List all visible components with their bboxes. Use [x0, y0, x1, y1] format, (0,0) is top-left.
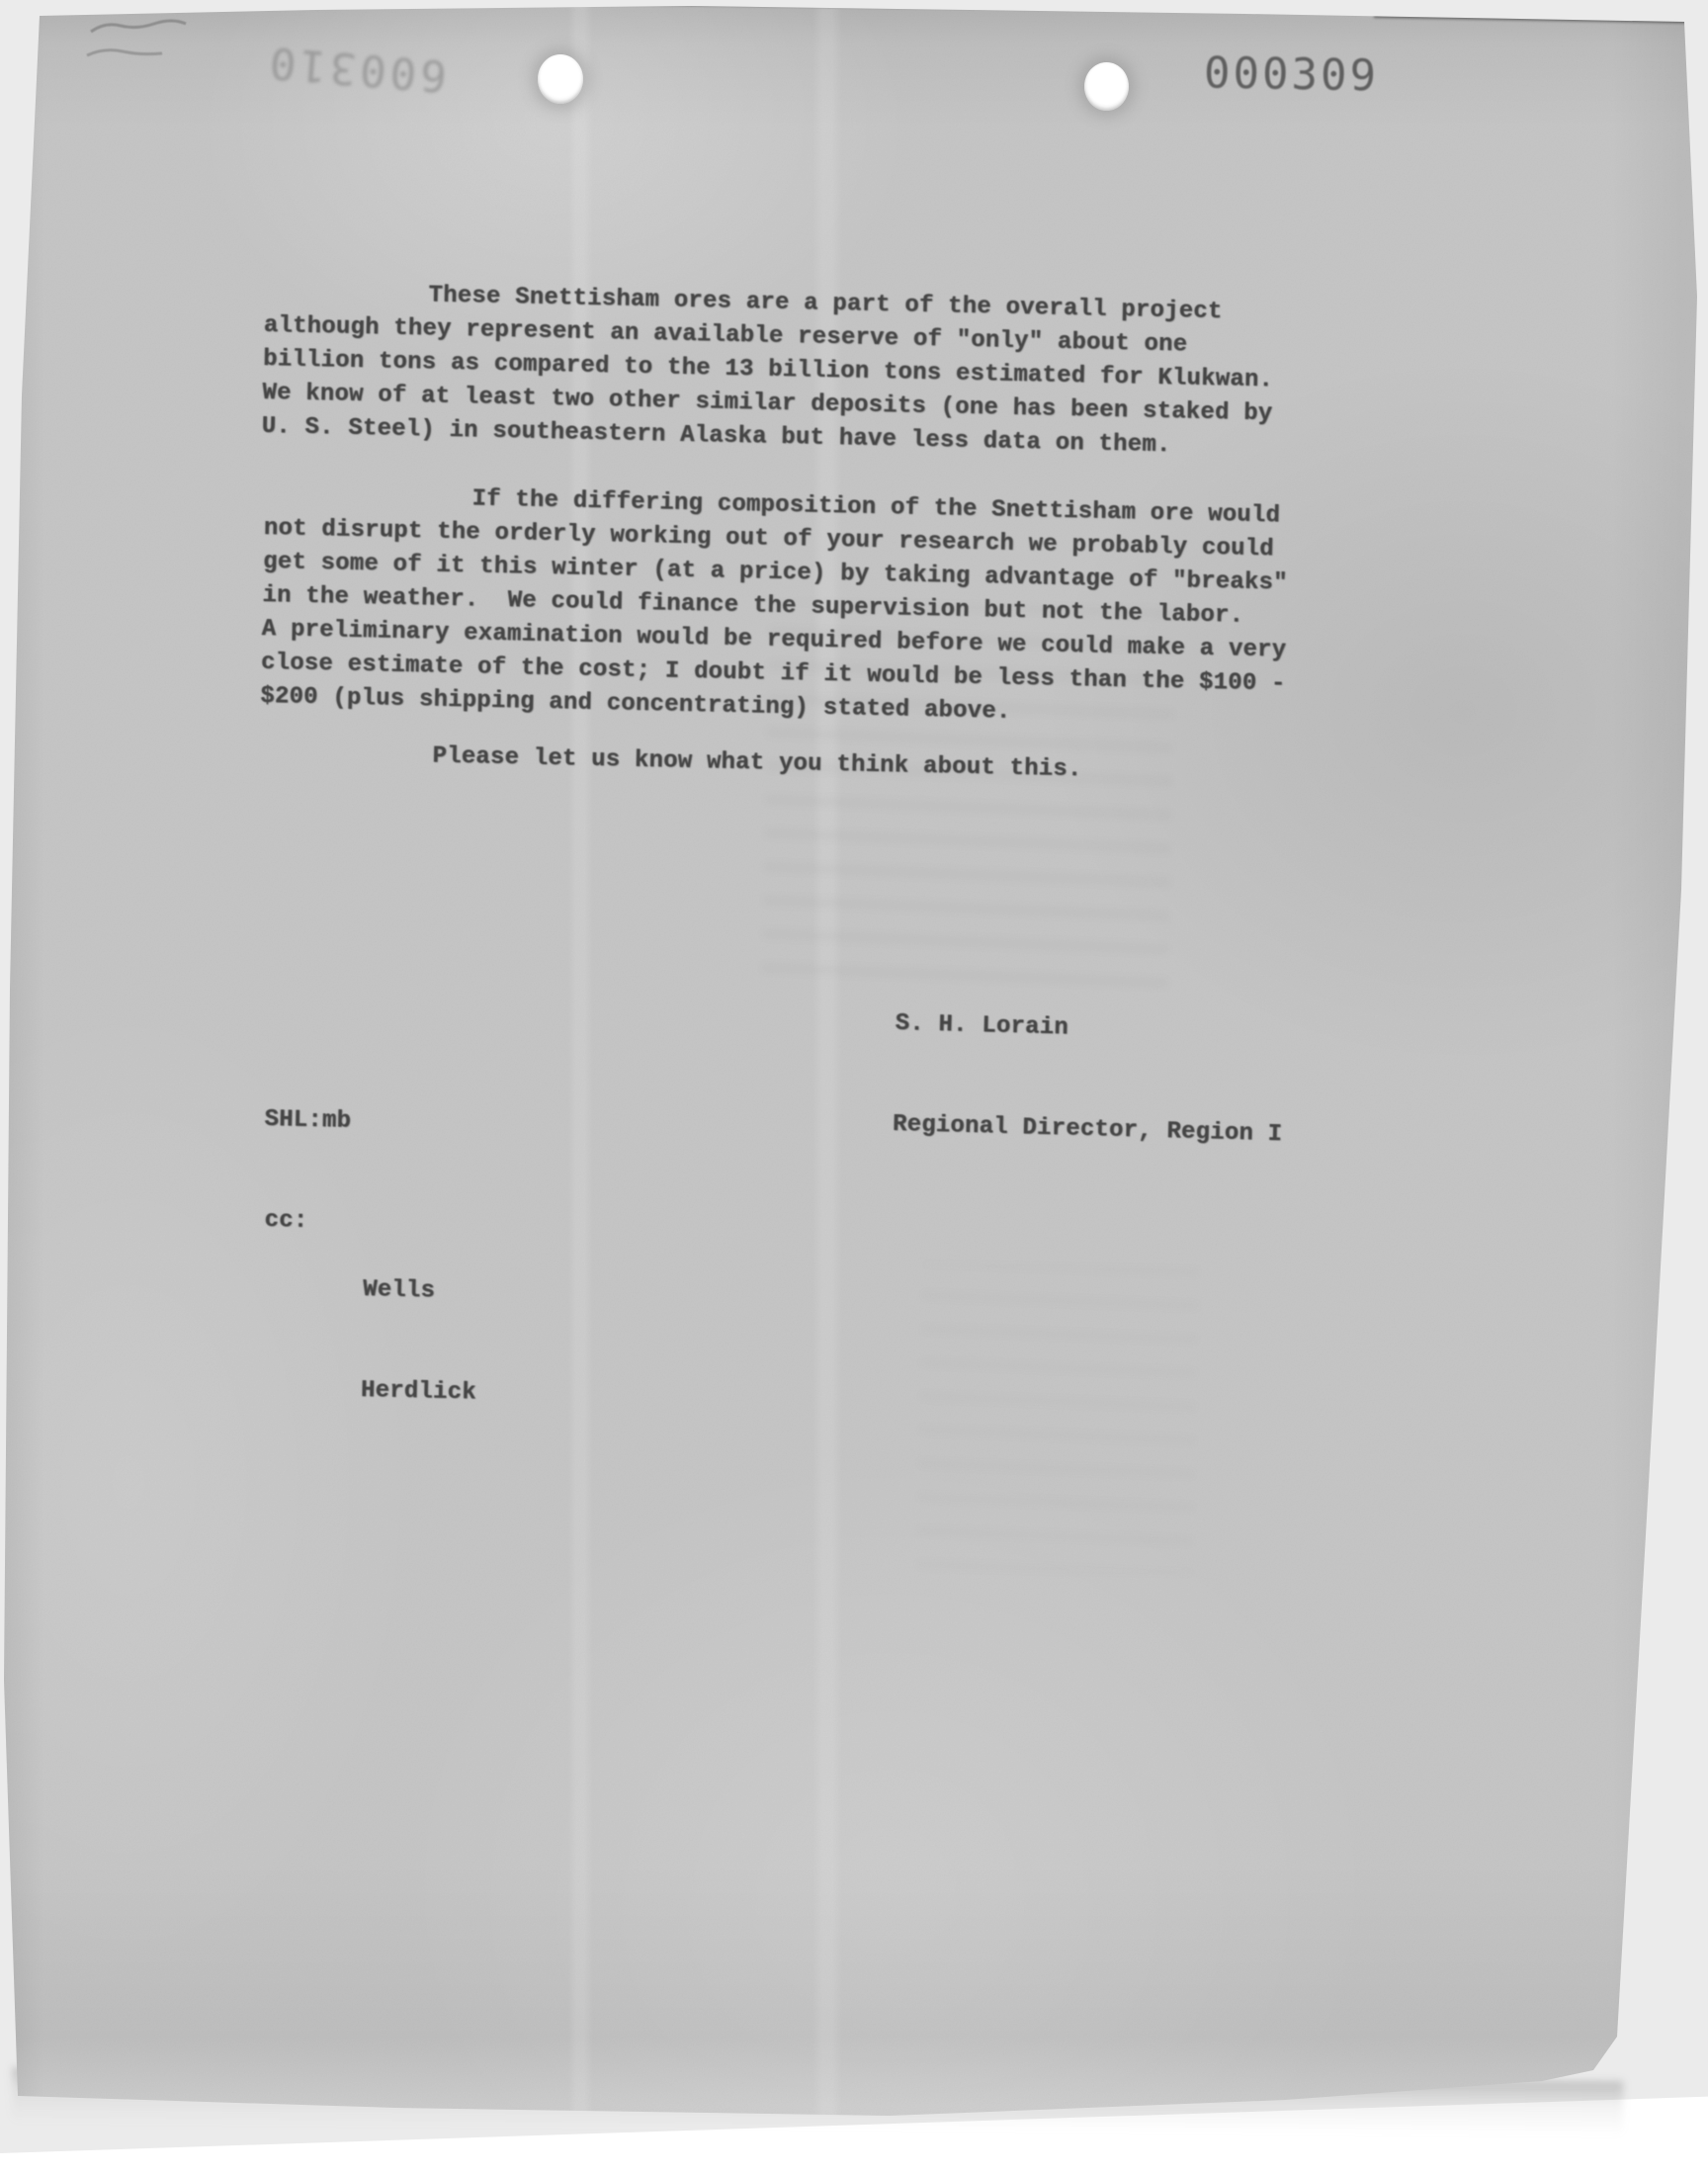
cc-name: Wells: [363, 1273, 479, 1309]
signature-block: S. H. Lorain Regional Director, Region I: [891, 940, 1287, 1219]
letter-paragraph-2: If the differing composition of the Snet…: [260, 478, 1290, 736]
cc-block: cc: Wells Herdlick: [262, 1204, 322, 1340]
scanned-letter-page: 600310 000309 These Snettisham ores are …: [0, 0, 1708, 2175]
cc-label: cc:: [264, 1204, 308, 1239]
page-number-stamp: 000309: [1204, 49, 1380, 100]
cc-names: Wells Herdlick: [359, 1206, 479, 1477]
bleedthrough-text-ghost-lower: [916, 1262, 1199, 1575]
typist-initials: SHL:mb: [264, 1103, 351, 1139]
signature-title: Regional Director, Region I: [893, 1108, 1283, 1152]
punch-hole-left: [538, 54, 583, 104]
punch-hole-right: [1084, 62, 1129, 111]
cc-name: Herdlick: [361, 1374, 477, 1410]
signature-name: S. H. Lorain: [895, 1007, 1285, 1051]
pencil-scribble: [83, 10, 231, 69]
letter-paragraph-1: These Snettisham ores are a part of the …: [261, 276, 1275, 465]
